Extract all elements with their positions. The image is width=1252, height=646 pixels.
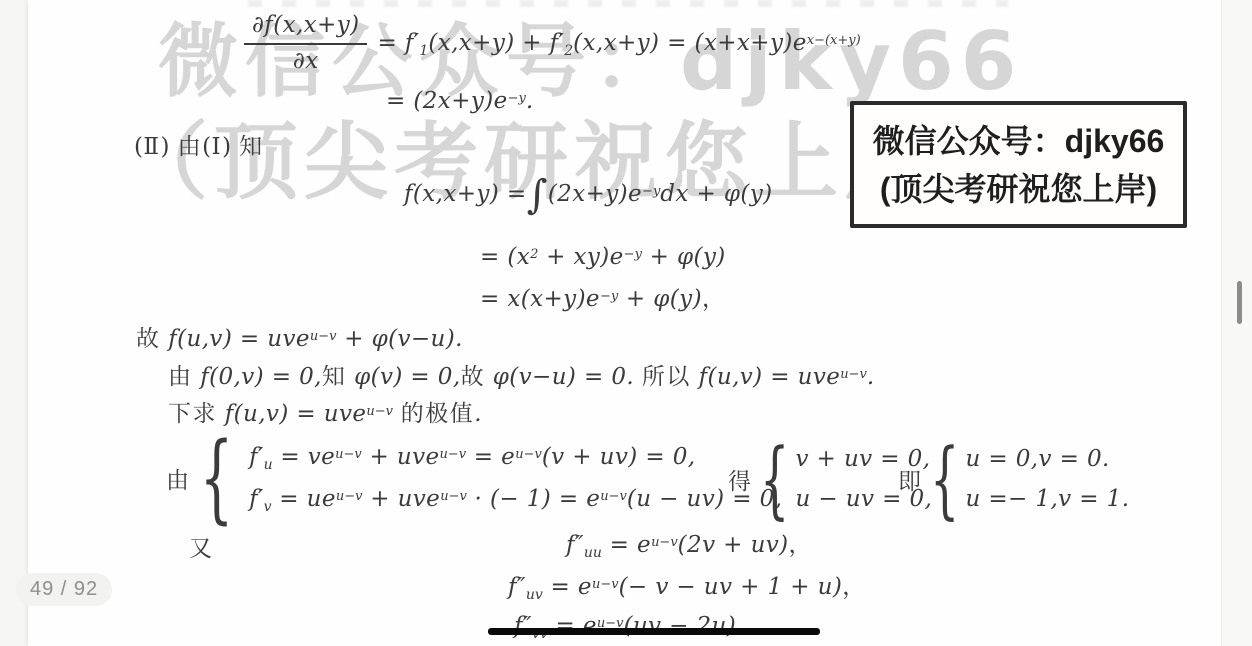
system-label-ji: 即 xyxy=(898,463,922,496)
equation-system-solutions: 即 { u = 0,v = 0. u =− 1,v = 1. xyxy=(898,444,1129,515)
formula-2x-plus-y: = (2x+y)e−y. xyxy=(386,88,534,116)
scrollbar-track[interactable] xyxy=(1221,0,1252,646)
also-label: 又 xyxy=(189,536,214,564)
formula-fuu: f″uu = eu−v(2v + uv)， xyxy=(566,532,813,560)
integral-rest: (2x+y)e−ydx + φ(y) xyxy=(548,181,773,209)
document-page: 微信公众号：djky66 （顶尖考研祝您上岸） ∂f(x,x+y) ∂x = f… xyxy=(28,0,1222,646)
system-row-fu: f′u = veu−v + uveu−v = eu−v(v + uv) = 0, xyxy=(249,444,782,472)
formula-x-x-plus-y: = x(x+y)e−y + φ(y)， xyxy=(480,286,726,314)
stamp-line-1: 微信公众号：djky66 xyxy=(873,117,1165,165)
fraction: ∂f(x,x+y) ∂x xyxy=(244,12,367,75)
formula-x2-xy: = (x2 + xy)e−y + φ(y) xyxy=(480,244,726,272)
left-brace: { xyxy=(930,444,959,515)
formula-partial-derivative-line: ∂f(x,x+y) ∂x = f′1(x,x+y) + f′2(x,x+y) =… xyxy=(244,12,861,75)
pdf-viewer: 微信公众号：djky66 （顶尖考研祝您上岸） ∂f(x,x+y) ∂x = f… xyxy=(0,0,1252,646)
scrollbar-thumb[interactable] xyxy=(1237,281,1242,324)
wechat-stamp: 微信公众号：djky66 (顶尖考研祝您上岸) xyxy=(850,101,1187,228)
black-strikethrough-bar xyxy=(488,628,820,635)
left-brace: { xyxy=(200,438,234,520)
formula-phi-zero-conclusion: 由 f(0,v) = 0,知 φ(v) = 0,故 φ(v−u) = 0. 所以… xyxy=(168,364,875,392)
formula-fvv: f″vv = eu−v(uv − 2u). xyxy=(514,613,744,641)
scan-top-edge-smudge xyxy=(248,0,1008,7)
fraction-numerator: ∂f(x,x+y) xyxy=(244,12,367,43)
left-brace: { xyxy=(760,444,789,515)
formula-fuv: f″uv = eu−v(− v − uv + 1 + u)， xyxy=(508,574,867,602)
system-label-you: 由 xyxy=(166,462,190,495)
formula-integral-line: f(x,x+y) = ∫ (2x+y)e−ydx + φ(y) xyxy=(404,181,773,209)
system-row-solution1: u = 0,v = 0. xyxy=(965,446,1129,474)
fraction-denominator: ∂x xyxy=(244,43,367,76)
page-indicator: 49 / 92 xyxy=(16,573,112,606)
formula-f-uv-definition: 故 f(u,v) = uveu−v + φ(v−u). xyxy=(136,326,463,354)
system-row-solution2: u =− 1,v = 1. xyxy=(965,486,1129,514)
formula-line-a-rest: = f′1(x,x+y) + f′2(x,x+y) = (x+x+y)ex−(x… xyxy=(377,30,860,58)
equation-system-derivatives: 由 { f′u = veu−v + uveu−v = eu−v(v + uv) … xyxy=(166,438,782,520)
part-two-heading: (Ⅱ) 由(Ⅰ) 知 xyxy=(134,134,264,162)
system-label-de: 得 xyxy=(728,463,752,496)
integral-prefix: f(x,x+y) = xyxy=(404,181,527,209)
system-row-fv: f′v = ueu−v + uveu−v · (− 1) = eu−v(u − … xyxy=(249,486,782,514)
stamp-line-2: (顶尖考研祝您上岸) xyxy=(880,165,1157,213)
